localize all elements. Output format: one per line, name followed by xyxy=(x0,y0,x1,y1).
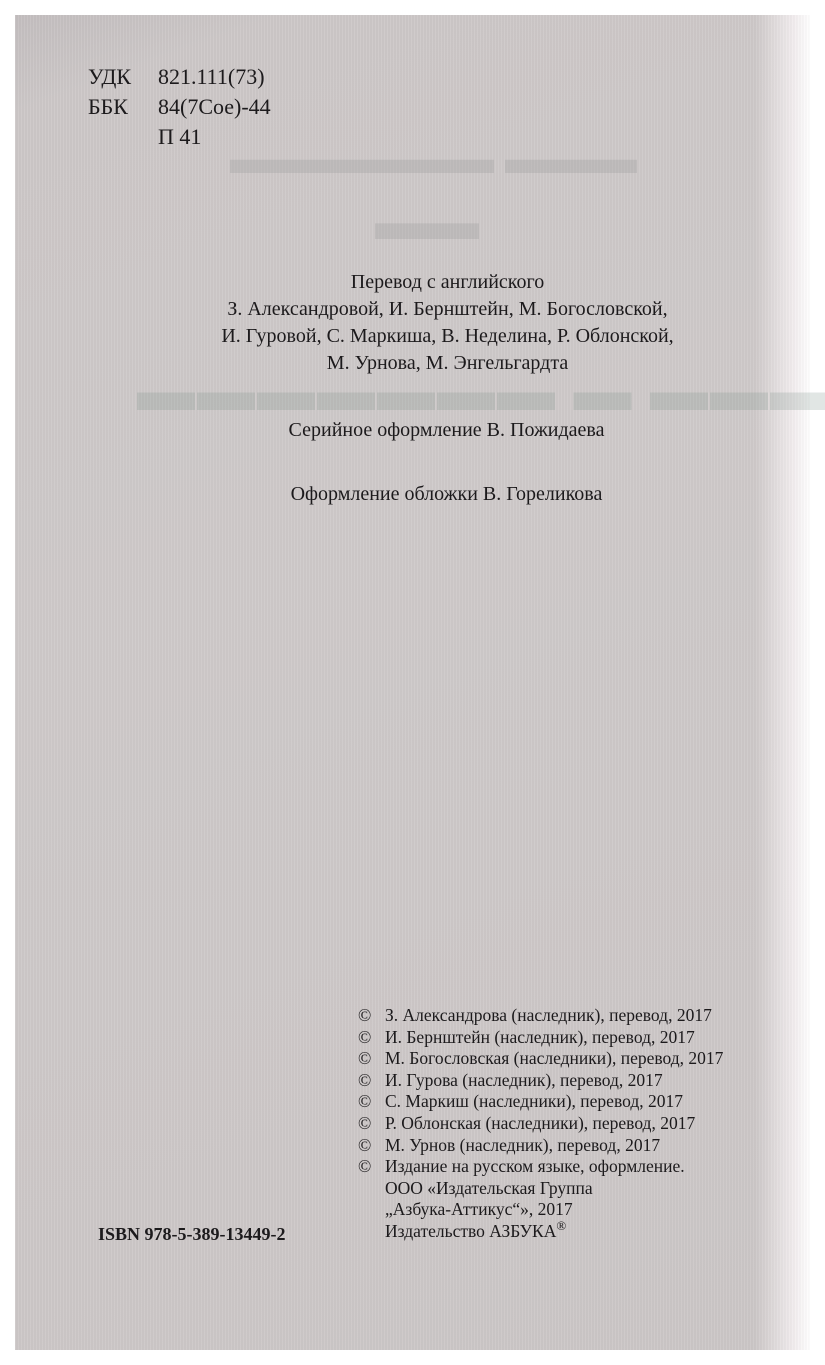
copyright-icon: © xyxy=(358,1048,385,1070)
publisher-name: Издательство АЗБУКА xyxy=(385,1221,556,1241)
copyright-line: © М. Урнов (наследник), перевод, 2017 xyxy=(358,1135,723,1157)
copyright-icon: © xyxy=(358,1070,385,1092)
bbk-row: ББК84(7Сое)-44 xyxy=(88,92,271,122)
copyright-line: © М. Богословская (наследники), перевод,… xyxy=(358,1048,723,1070)
bleed-through-glyph: ▬▬ xyxy=(375,193,479,252)
copyright-line: © Издание на русском языке, оформление. xyxy=(358,1156,723,1178)
translators-line: З. Александровой, И. Бернштейн, М. Богос… xyxy=(15,296,825,323)
copyright-icon: © xyxy=(358,1113,385,1135)
copyright-icon: © xyxy=(358,1135,385,1157)
publisher-line: „Азбука-Аттикус“», 2017 xyxy=(358,1199,723,1221)
cover-design-credit: Оформление обложки В. Гореликова xyxy=(15,483,825,506)
udk-value: 821.111(73) xyxy=(158,64,265,89)
copyright-line: © Р. Облонская (наследники), перевод, 20… xyxy=(358,1113,723,1135)
series-design-credit: Серийное оформление В. Пожидаева xyxy=(15,419,825,442)
bleed-through-author: ▬▬▬ ▬▬▬▬▬▬ xyxy=(230,133,637,184)
copyright-line: © З. Александрова (наследник), перевод, … xyxy=(358,1005,723,1027)
copyright-icon: © xyxy=(358,1005,385,1027)
copyright-block: © З. Александрова (наследник), перевод, … xyxy=(358,1005,723,1243)
classification-block: УДК821.111(73) ББК84(7Сое)-44 П 41 xyxy=(88,62,271,152)
udk-row: УДК821.111(73) xyxy=(88,62,271,92)
copyright-line: © И. Гурова (наследник), перевод, 2017 xyxy=(358,1070,723,1092)
registered-trademark-icon: ® xyxy=(556,1218,566,1233)
isbn: ISBN 978-5-389-13449-2 xyxy=(98,1224,286,1245)
translators-line: И. Гуровой, С. Маркиша, В. Неделина, Р. … xyxy=(15,323,825,350)
copyright-icon: © xyxy=(358,1027,385,1049)
author-mark: П 41 xyxy=(88,122,271,152)
copyright-line: © И. Бернштейн (наследник), перевод, 201… xyxy=(358,1027,723,1049)
translation-heading: Перевод с английского xyxy=(15,269,825,296)
copyright-icon: © xyxy=(358,1156,385,1178)
copyright-icon: © xyxy=(358,1091,385,1113)
bbk-label: ББК xyxy=(88,92,158,122)
book-page: ▬▬▬ ▬▬▬▬▬▬ ▬▬ ▬▬▬▬▬▬ ▬ ▬▬▬▬▬▬▬ УДК821.11… xyxy=(15,15,810,1350)
bbk-value: 84(7Сое)-44 xyxy=(158,94,271,119)
publisher-line: ООО «Издательская Группа xyxy=(358,1178,723,1200)
udk-label: УДК xyxy=(88,62,158,92)
copyright-line: © С. Маркиш (наследники), перевод, 2017 xyxy=(358,1091,723,1113)
translators-line: М. Урнова, М. Энгельгардта xyxy=(15,350,825,377)
publisher-imprint: Издательство АЗБУКА® xyxy=(358,1221,723,1243)
translation-credits: Перевод с английского З. Александровой, … xyxy=(15,269,825,377)
